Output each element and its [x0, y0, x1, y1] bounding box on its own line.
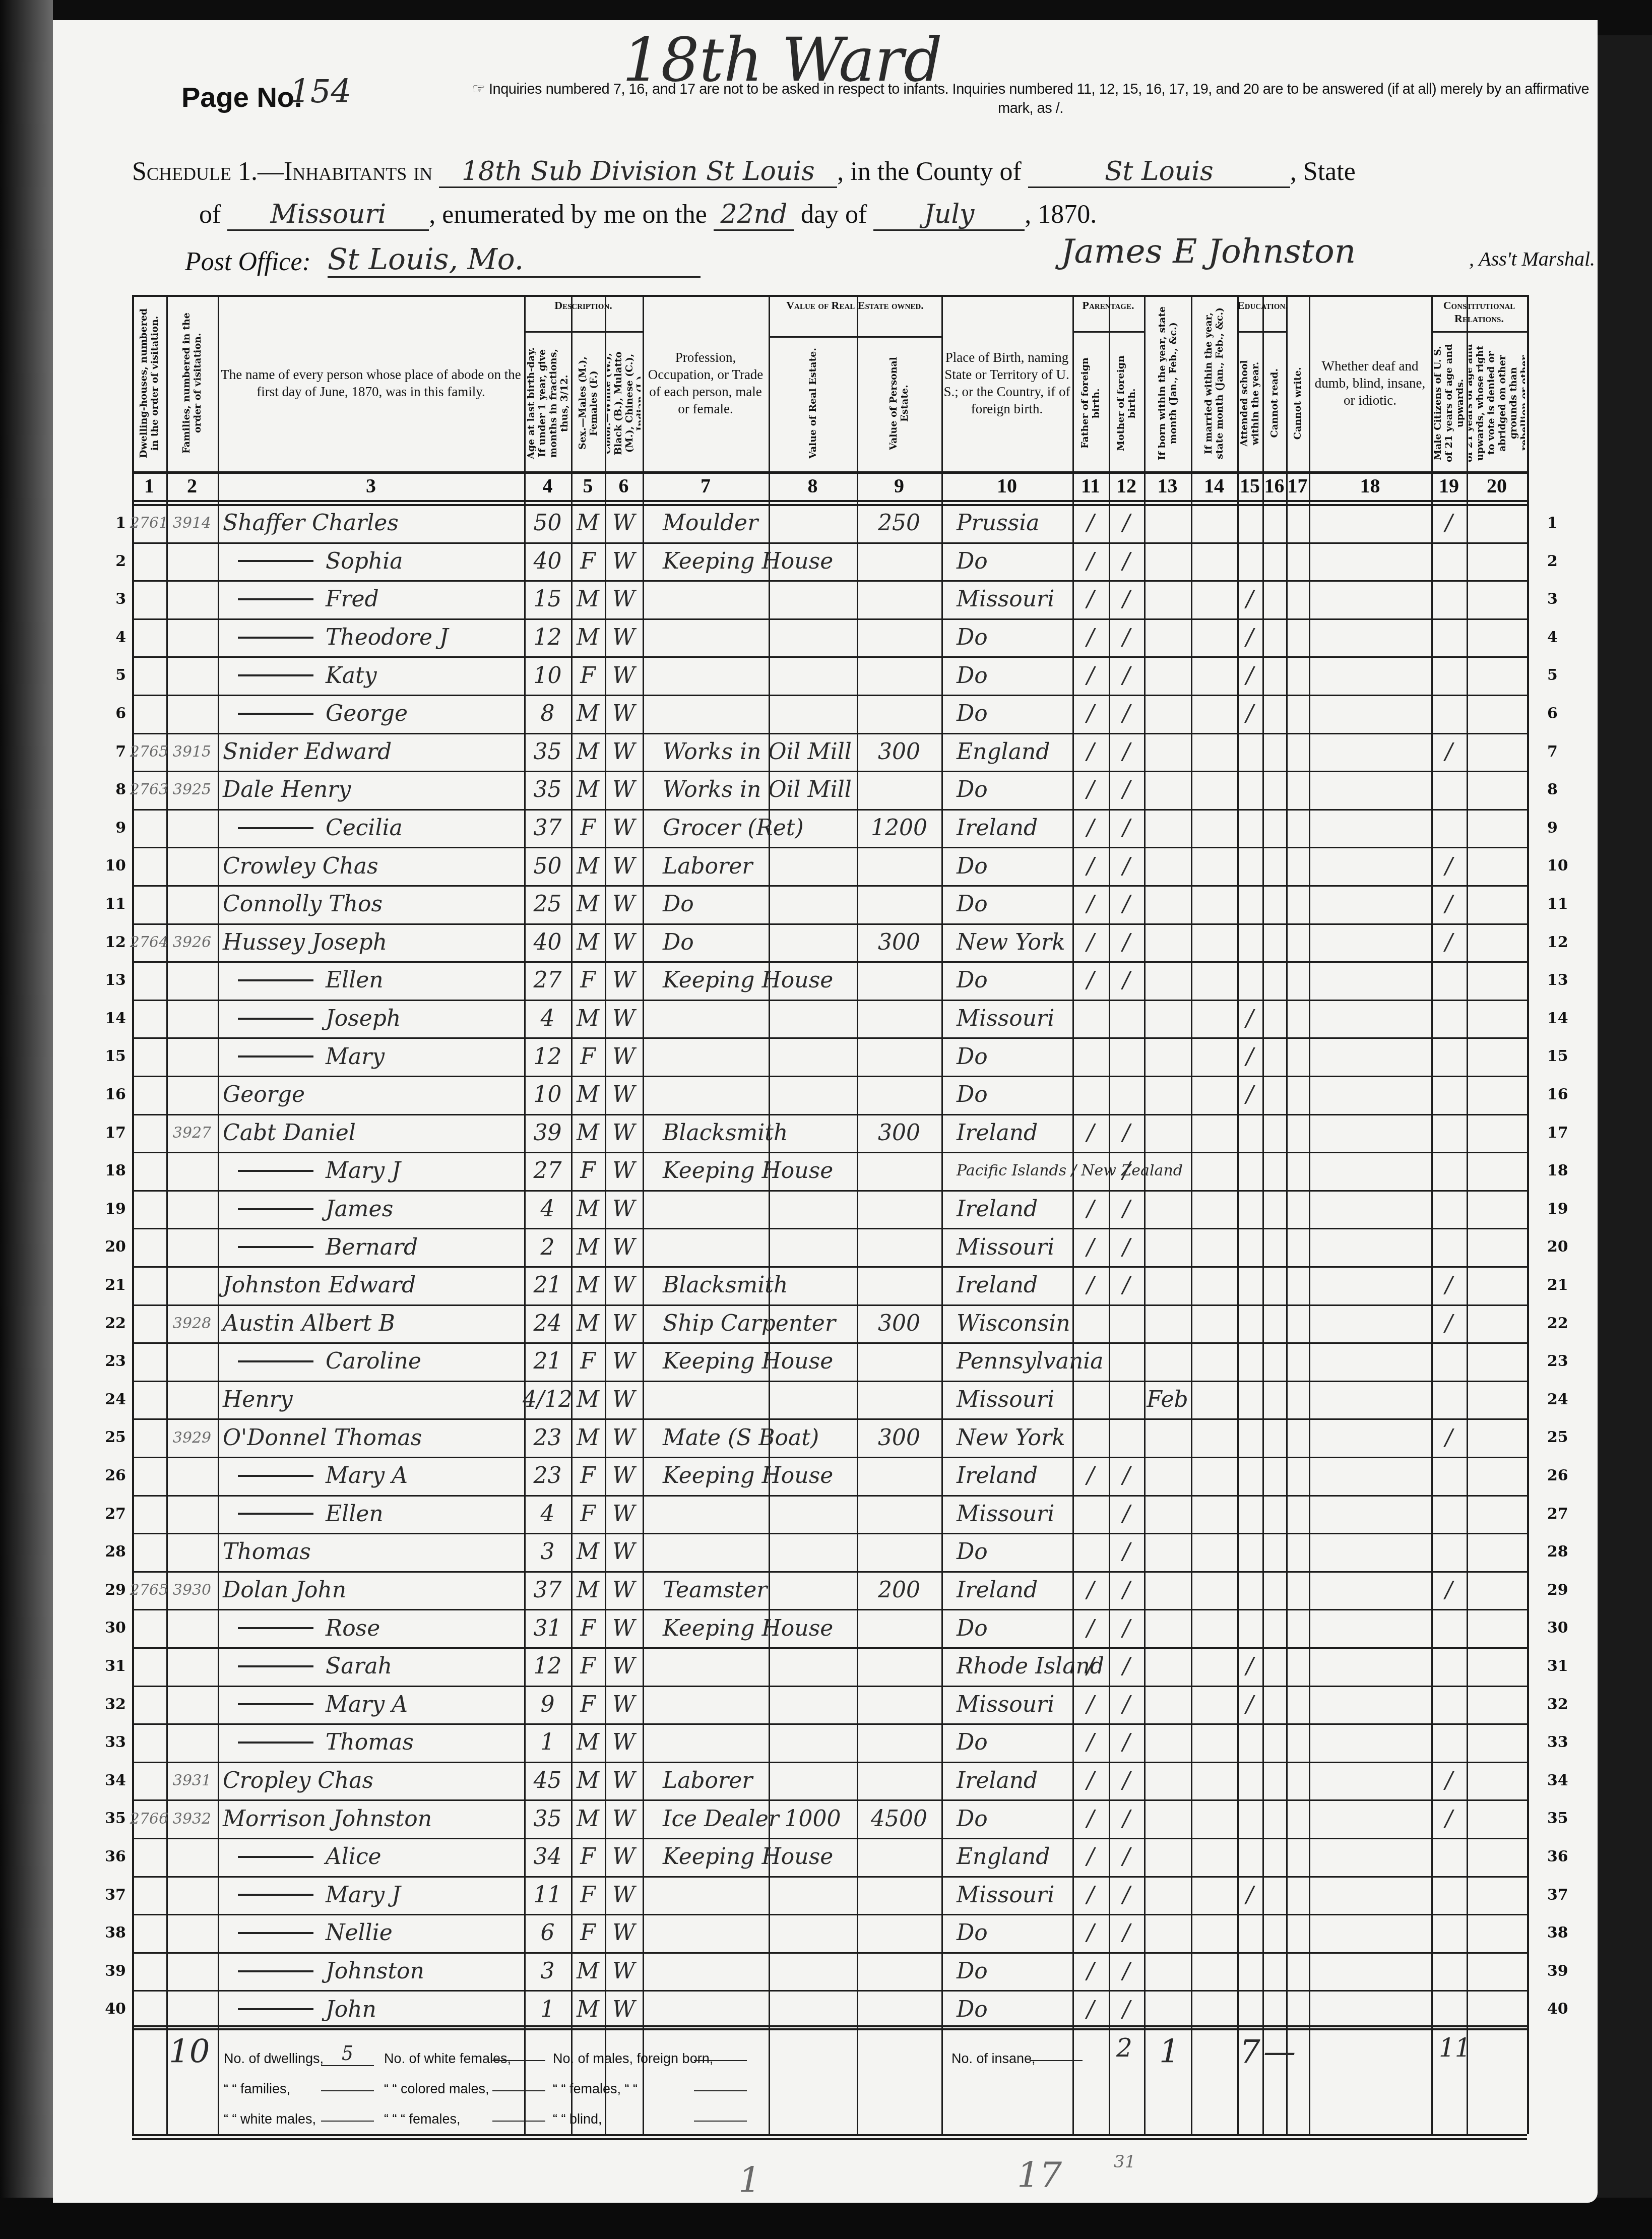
line-number-right: 2 [1547, 552, 1577, 570]
line-number-left: 16 [96, 1086, 126, 1103]
cell-color: W [605, 1876, 643, 1914]
cell-sex: M [571, 923, 605, 962]
cell-school [1237, 961, 1262, 1000]
cell-name: Austin Albert B [218, 1304, 524, 1343]
table-row: 3929O'Donnel Thomas23MWMate (S Boat)300N… [132, 1418, 1527, 1457]
cell-dwelling [132, 1876, 166, 1914]
cell-mother-foreign: / [1109, 1609, 1144, 1647]
cell-value: Katy [326, 663, 377, 689]
cell-value: Laborer [663, 1768, 752, 1793]
line-number-left: 11 [96, 895, 126, 913]
cell-school [1237, 733, 1262, 771]
cell-name: Dolan John [218, 1571, 524, 1609]
cell-age: 8 [524, 695, 571, 733]
cell-citizen [1431, 1952, 1467, 1991]
col19-total: 11 [1439, 2033, 1471, 2063]
table-row: Mary J27FWKeeping HousePacific Islands /… [132, 1152, 1527, 1190]
cell-value: 3929 [173, 1429, 211, 1447]
cell-personal-estate: 300 [857, 1418, 941, 1457]
cell-cant-write [1286, 923, 1309, 962]
cell-value: / [1246, 701, 1254, 726]
cell-name: Alice [218, 1838, 524, 1876]
table-row: Mary A23FWKeeping HouseIreland// [132, 1457, 1527, 1495]
cell-value: / [1123, 1692, 1130, 1717]
cell-value: Do [957, 891, 988, 917]
cell-occupation: Blacksmith [643, 1114, 769, 1152]
ditto-surname-dash [238, 1018, 313, 1020]
column-number: 11 [1072, 472, 1109, 499]
cell-father-foreign: / [1072, 1990, 1109, 2028]
cell-value: Missouri [957, 586, 1054, 612]
cell-father-foreign: / [1072, 1723, 1109, 1762]
cell-citizen [1431, 1723, 1467, 1762]
month-field: July [873, 199, 1025, 231]
cell-sex: F [571, 1647, 605, 1686]
cell-citizen [1431, 1495, 1467, 1533]
cell-occupation [643, 695, 769, 733]
cell-denied [1467, 1838, 1527, 1876]
cell-disability [1309, 1381, 1431, 1419]
cell-denied [1467, 504, 1527, 542]
column-header-12: Mother of foreign birth. [1111, 340, 1142, 466]
table-row: Connolly Thos25MWDoDo/// [132, 885, 1527, 923]
cell-mother-foreign: / [1109, 504, 1144, 542]
cell-name: Fred [218, 580, 524, 618]
cell-occupation: Moulder [643, 504, 769, 542]
inquiry-instructions: ☞ Inquiries numbered 7, 16, and 17 are n… [461, 80, 1600, 118]
cell-married-month [1191, 618, 1237, 657]
cell-disability [1309, 504, 1431, 542]
cell-value: M [577, 1311, 599, 1336]
cell-sex: M [571, 618, 605, 657]
cell-birthplace: New York [941, 1418, 1072, 1457]
cell-sex: F [571, 1914, 605, 1952]
cell-real-estate [769, 1686, 857, 1724]
cell-cant-read [1262, 1914, 1286, 1952]
cell-born-month [1144, 1799, 1191, 1838]
white-females-blank-value [492, 2060, 545, 2061]
cell-value: / [1123, 1729, 1130, 1755]
cell-name: Sarah [218, 1647, 524, 1686]
cell-cant-read [1262, 847, 1286, 885]
cell-born-month [1144, 580, 1191, 618]
cell-sex: M [571, 1228, 605, 1266]
cell-cant-write [1286, 504, 1309, 542]
cell-value: 24 [534, 1311, 562, 1336]
cell-value: / [1087, 1768, 1095, 1793]
cell-cant-write [1286, 1723, 1309, 1762]
cell-dwelling [132, 1762, 166, 1800]
cell-value: 50 [534, 853, 562, 879]
colored-males-blank [492, 2079, 545, 2095]
column-header-label: Sex.—Males (M.), Females (F.) [577, 343, 599, 464]
cell-married-month [1191, 1647, 1237, 1686]
cell-sex: M [571, 1762, 605, 1800]
cell-value: 300 [878, 1311, 920, 1336]
cell-real-estate [769, 656, 857, 695]
cell-occupation [643, 1000, 769, 1038]
page-number: 154 [290, 73, 351, 110]
line-number-right: 13 [1547, 971, 1577, 989]
line-number-left: 40 [96, 2000, 126, 2018]
line-number-right: 4 [1547, 629, 1577, 646]
cell-dwelling [132, 847, 166, 885]
cell-dwelling [132, 1266, 166, 1304]
enumerated-label: , enumerated by me on the [429, 200, 707, 229]
group-header-constitutional: Constitutional Relations. [1431, 299, 1527, 329]
cell-value: Fred [326, 586, 379, 612]
cell-birthplace: Ireland [941, 1457, 1072, 1495]
line-number-left: 13 [96, 971, 126, 989]
cell-disability [1309, 1647, 1431, 1686]
cell-school [1237, 1381, 1262, 1419]
census-page: 18th Ward Page No. 154 ☞ Inquiries numbe… [53, 20, 1598, 2203]
cell-value: Do [957, 1615, 988, 1641]
cell-value: 2 [541, 1234, 555, 1260]
cell-color: W [605, 1381, 643, 1419]
line-number-left: 20 [96, 1238, 126, 1256]
cell-sex: F [571, 1876, 605, 1914]
line-number-right: 9 [1547, 819, 1577, 837]
line-number-right: 34 [1547, 1772, 1577, 1789]
post-office-field: St Louis, Mo. [328, 242, 701, 278]
column-number: 17 [1286, 472, 1309, 499]
cell-value: England [957, 1844, 1050, 1870]
line-number-right: 8 [1547, 781, 1577, 798]
table-row: Henry4/12MWMissouriFeb [132, 1381, 1527, 1419]
cell-cant-write [1286, 1114, 1309, 1152]
cell-personal-estate [857, 656, 941, 695]
cell-cant-read [1262, 1190, 1286, 1228]
cell-disability [1309, 1723, 1431, 1762]
cell-father-foreign [1072, 1533, 1109, 1571]
of-label: of [199, 200, 221, 229]
cell-born-month [1144, 1952, 1191, 1991]
cell-personal-estate [857, 1686, 941, 1724]
cell-dwelling [132, 695, 166, 733]
cell-dwelling [132, 961, 166, 1000]
marshal-signature: James E Johnston [1061, 232, 1356, 271]
cell-denied [1467, 1686, 1527, 1724]
county-field: St Louis [1028, 156, 1290, 188]
cell-value: W [612, 1615, 635, 1641]
cell-color: W [605, 542, 643, 581]
line-number-right: 10 [1547, 857, 1577, 875]
cell-age: 40 [524, 542, 571, 581]
cell-color: W [605, 1076, 643, 1114]
cell-value: / [1123, 586, 1130, 612]
cell-personal-estate [857, 1037, 941, 1076]
column-header-label: Cannot read. [1269, 368, 1280, 438]
cell-married-month [1191, 1762, 1237, 1800]
cell-value: Do [957, 1539, 988, 1565]
cell-married-month [1191, 733, 1237, 771]
cell-mother-foreign: / [1109, 1571, 1144, 1609]
cell-cant-write [1286, 1000, 1309, 1038]
line-number-left: 24 [96, 1391, 126, 1408]
cell-value: / [1087, 1196, 1095, 1222]
cell-disability [1309, 1533, 1431, 1571]
cell-birthplace: Ireland [941, 809, 1072, 847]
cell-school [1237, 885, 1262, 923]
cell-occupation: Works in Oil Mill [643, 771, 769, 809]
cell-birthplace: Missouri [941, 1381, 1072, 1419]
cell-citizen [1431, 695, 1467, 733]
cell-cant-read [1262, 1000, 1286, 1038]
cell-birthplace: Missouri [941, 1495, 1072, 1533]
group-header-real-estate: Value of Real Estate owned. [769, 299, 941, 334]
cell-value: Do [663, 891, 694, 917]
cell-value: 34 [534, 1844, 562, 1870]
cell-school [1237, 1190, 1262, 1228]
cell-value: Thomas [223, 1539, 311, 1565]
cell-cant-read [1262, 1838, 1286, 1876]
cell-value: 45 [534, 1768, 562, 1793]
column-number: 7 [643, 472, 769, 499]
cell-disability [1309, 580, 1431, 618]
cell-real-estate [769, 847, 857, 885]
cell-color: W [605, 1799, 643, 1838]
column-header-5: Sex.—Males (M.), Females (F.) [573, 340, 603, 466]
cell-value: W [612, 548, 635, 574]
cell-age: 3 [524, 1533, 571, 1571]
cell-married-month [1191, 1799, 1237, 1838]
cell-married-month [1191, 695, 1237, 733]
cell-value: F [580, 1463, 596, 1488]
cell-color: W [605, 695, 643, 733]
cell-value: M [577, 1958, 599, 1984]
cell-value: M [577, 1196, 599, 1222]
cell-value: / [1087, 1463, 1095, 1488]
line-number-right: 36 [1547, 1848, 1577, 1865]
cell-family [166, 1990, 218, 2028]
cell-born-month [1144, 1533, 1191, 1571]
cell-father-foreign [1072, 1304, 1109, 1343]
table-row: 3927Cabt Daniel39MWBlacksmith300Ireland/… [132, 1114, 1527, 1152]
cell-citizen: / [1431, 504, 1467, 542]
cell-real-estate [769, 1114, 857, 1152]
column-header-4: Age at last birth-day. If under 1 year, … [526, 340, 569, 466]
cell-citizen: / [1431, 1266, 1467, 1304]
line-number-left: 21 [96, 1276, 126, 1294]
cell-age: 35 [524, 771, 571, 809]
cell-value: M [577, 1387, 599, 1412]
cell-value: 3 [541, 1539, 555, 1565]
cell-occupation [643, 1876, 769, 1914]
line-number-left: 4 [96, 629, 126, 646]
column-header-label: If married within the year, state month … [1203, 302, 1225, 464]
column-number: 20 [1467, 472, 1527, 499]
cell-name: Morrison Johnston [218, 1799, 524, 1838]
day-of-label: day of [801, 200, 867, 229]
cell-born-month [1144, 1457, 1191, 1495]
cell-value: Feb [1147, 1387, 1188, 1412]
cell-married-month [1191, 1228, 1237, 1266]
cell-sex: M [571, 1266, 605, 1304]
cell-school [1237, 1114, 1262, 1152]
cell-color: W [605, 1037, 643, 1076]
cell-disability [1309, 1114, 1431, 1152]
cell-value: / [1123, 1539, 1130, 1565]
cell-dwelling [132, 618, 166, 657]
cell-real-estate [769, 542, 857, 581]
cell-school [1237, 1914, 1262, 1952]
group-header-parentage: Parentage. [1072, 299, 1144, 329]
cell-value: / [1087, 701, 1095, 726]
cell-denied [1467, 618, 1527, 657]
cell-birthplace: Do [941, 1990, 1072, 2028]
cell-name: Crowley Chas [218, 847, 524, 885]
cell-cant-write [1286, 656, 1309, 695]
cell-disability [1309, 1190, 1431, 1228]
cell-school: / [1237, 1076, 1262, 1114]
cell-occupation: Laborer [643, 847, 769, 885]
cell-color: W [605, 580, 643, 618]
cell-denied [1467, 923, 1527, 962]
cell-value: W [612, 1882, 635, 1908]
cell-value: Morrison Johnston [223, 1806, 432, 1832]
cell-color: W [605, 1495, 643, 1533]
cell-married-month [1191, 961, 1237, 1000]
ditto-surname-dash [238, 2008, 313, 2010]
cell-personal-estate [857, 1838, 941, 1876]
cell-color: W [605, 733, 643, 771]
cell-name: Ellen [218, 1495, 524, 1533]
cell-value: Missouri [957, 1882, 1054, 1908]
col15-total: 7 [1240, 2033, 1260, 2071]
cell-married-month [1191, 1838, 1237, 1876]
cell-disability [1309, 809, 1431, 847]
cell-birthplace: Ireland [941, 1266, 1072, 1304]
cell-birthplace: Do [941, 885, 1072, 923]
table-row: Johnston3MWDo// [132, 1952, 1527, 1991]
line-number-left: 39 [96, 1962, 126, 1980]
cell-value: / [1123, 1920, 1130, 1946]
line-number-left: 2 [96, 552, 126, 570]
cell-value: / [1087, 1234, 1095, 1260]
families-blank [321, 2079, 374, 2095]
cell-cant-write [1286, 1571, 1309, 1609]
cell-married-month [1191, 1418, 1237, 1457]
cell-value: Do [957, 1806, 988, 1832]
cell-value: / [1445, 891, 1453, 917]
cell-mother-foreign: / [1109, 1799, 1144, 1838]
cell-birthplace: Do [941, 961, 1072, 1000]
cell-birthplace: Ireland [941, 1190, 1072, 1228]
cell-born-month [1144, 1686, 1191, 1724]
cell-mother-foreign: / [1109, 1266, 1144, 1304]
cell-value: / [1123, 777, 1130, 802]
column-header-11: Father of foreign birth. [1074, 340, 1107, 466]
cell-value: 2764 [130, 934, 168, 951]
insane-label: No. of insane, [951, 2051, 1036, 2067]
cell-personal-estate [857, 1457, 941, 1495]
column-header-label: Color.—White (W.), Black (B.), Mulatto (… [607, 343, 641, 464]
cell-family [166, 1609, 218, 1647]
cell-occupation [643, 1990, 769, 2028]
cell-age: 6 [524, 1914, 571, 1952]
cell-color: W [605, 923, 643, 962]
cell-mother-foreign: / [1109, 1533, 1144, 1571]
cell-value: 50 [534, 510, 562, 536]
cell-value: Cropley Chas [223, 1768, 373, 1793]
line-number-right: 37 [1547, 1886, 1577, 1904]
cell-value: 1 [541, 1729, 555, 1755]
cell-father-foreign [1072, 1342, 1109, 1381]
cell-school: / [1237, 1686, 1262, 1724]
cell-family [166, 1076, 218, 1114]
cell-family [166, 885, 218, 923]
cell-value: M [577, 625, 599, 650]
cell-citizen [1431, 1457, 1467, 1495]
cell-cant-write [1286, 695, 1309, 733]
cell-age: 24 [524, 1304, 571, 1343]
cell-disability [1309, 1304, 1431, 1343]
line-number-left: 3 [96, 590, 126, 608]
cell-value: 3926 [173, 934, 211, 951]
cell-sex: M [571, 1076, 605, 1114]
group-rule [1072, 331, 1144, 333]
cell-value: / [1123, 1653, 1130, 1679]
cell-father-foreign: / [1072, 809, 1109, 847]
cell-value: F [580, 815, 596, 841]
table-row: Bernard2MWMissouri// [132, 1228, 1527, 1266]
cell-value: 27 [534, 967, 562, 993]
cell-value: Missouri [957, 1692, 1054, 1717]
cell-denied [1467, 1533, 1527, 1571]
cell-value: W [612, 815, 635, 841]
ditto-surname-dash [238, 1665, 313, 1667]
cell-real-estate [769, 1342, 857, 1381]
cell-mother-foreign: / [1109, 923, 1144, 962]
line-number-left: 22 [96, 1315, 126, 1332]
cell-citizen [1431, 1533, 1467, 1571]
cell-cant-read [1262, 1037, 1286, 1076]
cell-school: / [1237, 656, 1262, 695]
cell-value: 3 [541, 1958, 555, 1984]
cell-citizen [1431, 1609, 1467, 1647]
cell-family [166, 1266, 218, 1304]
cell-cant-write [1286, 580, 1309, 618]
cell-cant-write [1286, 1647, 1309, 1686]
cell-value: W [612, 625, 635, 650]
cell-sex: M [571, 1723, 605, 1762]
cell-value: / [1123, 663, 1130, 689]
cell-school [1237, 1342, 1262, 1381]
cell-family [166, 1914, 218, 1952]
ditto-surname-dash [238, 637, 313, 639]
cell-citizen [1431, 1381, 1467, 1419]
cell-value: / [1445, 1272, 1453, 1298]
cell-value: / [1087, 663, 1095, 689]
cell-mother-foreign: / [1109, 1228, 1144, 1266]
cell-value: / [1445, 929, 1453, 955]
group-header-description: Description. [524, 299, 643, 329]
line-number-right: 15 [1547, 1047, 1577, 1065]
cell-color: W [605, 961, 643, 1000]
cell-value: M [577, 1997, 599, 2022]
cell-citizen [1431, 771, 1467, 809]
cell-color: W [605, 1723, 643, 1762]
cell-value: Do [957, 1958, 988, 1984]
cell-cant-read [1262, 1457, 1286, 1495]
table-row: Cecilia37FWGrocer (Ret)1200Ireland// [132, 809, 1527, 847]
cell-disability [1309, 1342, 1431, 1381]
ditto-surname-dash [238, 1055, 313, 1058]
cell-value: James [326, 1196, 393, 1222]
cell-value: Sophia [326, 548, 403, 574]
cell-born-month [1144, 1990, 1191, 2028]
